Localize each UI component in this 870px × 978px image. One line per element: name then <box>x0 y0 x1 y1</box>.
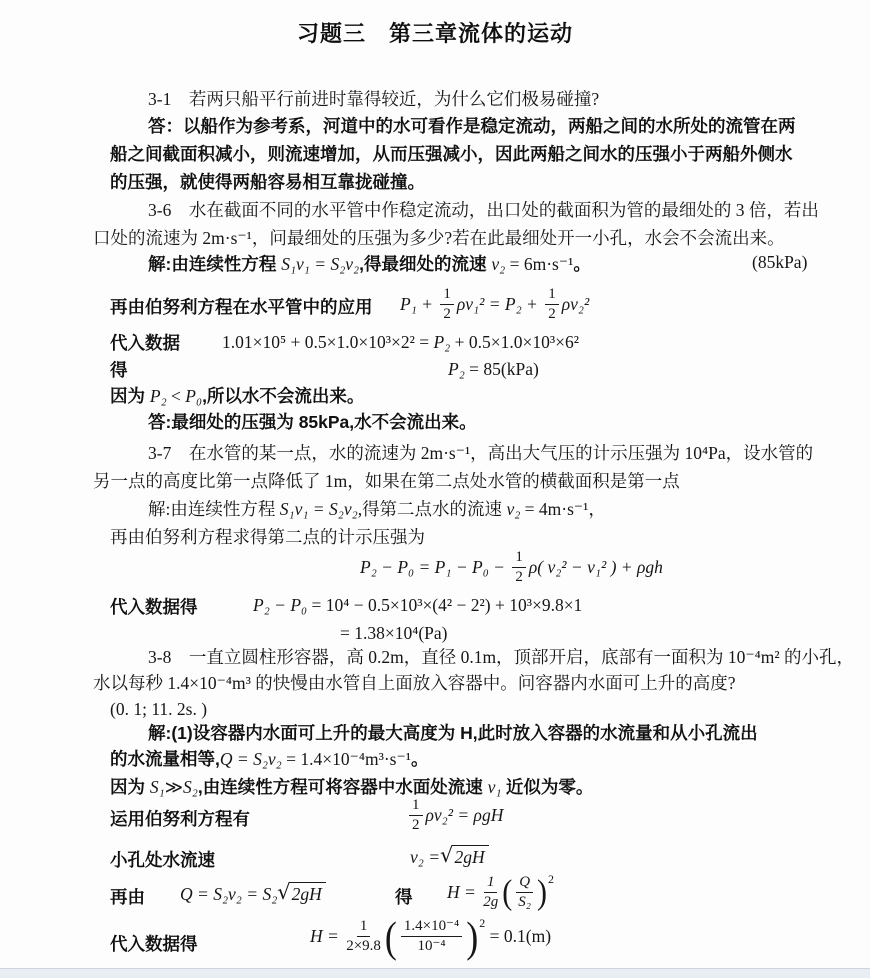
formula-text: S₁ <box>150 776 165 799</box>
bernoulli-3-6-equation: P₁ + 12ρv₁² = P₂ + 12ρv₂² <box>400 286 589 324</box>
formula-text: 。 <box>411 748 429 771</box>
formula-text: 解:由连续性方程 <box>148 498 280 521</box>
formula-text: 因为 <box>110 776 150 799</box>
formula-text: < <box>171 385 185 408</box>
fraction-denominator: 2 <box>548 305 556 323</box>
window-bottom-bar <box>0 968 870 978</box>
formula-text: P₀ <box>185 385 202 408</box>
formula-text: ρ( v₂² − v₁² ) + ρgh <box>529 556 663 579</box>
fraction-numerator: 1 <box>545 286 559 305</box>
formula-text: = 0.1(m) <box>485 925 551 948</box>
fraction: 12×9.8 <box>346 918 381 956</box>
problem-3-6-question-line2: 口处的流速为 2m·s⁻¹，问最细处的压强为多少?若在此最细处开一小孔，水会不会… <box>93 227 785 250</box>
formula-text: ) <box>466 915 478 958</box>
formula-text: ,得最细处的流速 <box>359 253 491 276</box>
scanned-solutions-page: 习题三 第三章流体的运动 3-1 若两只船平行前进时靠得较近，为什么它们极易碰撞… <box>0 0 870 978</box>
answer-3-1-line3: 的压强，就使得两船容易相互靠拢碰撞。 <box>110 171 425 194</box>
radicand: 2gH <box>452 845 488 869</box>
formula-text: S₁v₁ = S₂v₂ <box>280 498 358 521</box>
problem-3-7-question-line2: 另一点的高度比第一点降低了 1m，如果在第二点处水管的横截面积是第一点 <box>93 470 680 493</box>
fraction-denominator: 2 <box>443 305 451 323</box>
fraction-denominator: 2 <box>412 816 420 834</box>
formula-text: ( <box>385 915 397 958</box>
answer-3-6-line: 答:最细处的压强为 85kPa,水不会流出来。 <box>148 411 477 434</box>
problem-3-6-question-line1: 3-6 水在截面不同的水平管中作稳定流动，出口处的截面积为管的最细处的 3 倍，… <box>148 199 819 222</box>
formula-text: v₂ <box>491 253 509 276</box>
problem-3-8-question-line1: 3-8 一直立圆柱形容器，高 0.2m，直径 0.1m，顶部开启，底部有一面积为… <box>148 646 854 669</box>
formula-text: = 4m·s⁻¹ <box>525 498 589 521</box>
result-3-6-label: 得 <box>110 359 128 382</box>
fraction-numerator: 1 <box>357 918 371 937</box>
answer-3-1-line2: 船之间截面积减小，则流速增加，从而压强减小，因此两船之间水的压强小于两船外侧水 <box>110 143 793 166</box>
formula-text: P₁ + <box>400 293 437 316</box>
substitute-3-8-label: 代入数据得 <box>110 933 198 956</box>
equation-3-7-gauge-pressure: P₂ − P₀ = P₁ − P₀ − 12ρ( v₂² − v₁² ) + ρ… <box>360 549 663 587</box>
solution-3-8-line3: 因为 S₁≫S₂,由连续性方程可将容器中水面处流速 v₁ 近似为零。 <box>110 776 593 799</box>
fraction: QS₂ <box>516 874 533 912</box>
bernoulli-3-8-equation: 12ρv₂² = ρgH <box>406 797 503 835</box>
solution-3-8-line1: 解:(1)设容器内水面可上升的最大高度为 H,此时放入容器的水流量和从小孔流出 <box>148 722 758 745</box>
formula-text: = 10⁴ − 0.5×10³×(4² − 2²) + 10³×9.8×1 <box>311 594 582 617</box>
problem-3-1-question: 3-1 若两只船平行前进时靠得较近，为什么它们极易碰撞? <box>148 88 599 111</box>
formula-text: 。 <box>573 253 591 276</box>
problem-3-8-question-line2: 水以每秒 1.4×10⁻⁴m³ 的快慢由水管自上面放入容器中。问容器内水面可上升… <box>93 672 735 695</box>
page-title: 习题三 第三章流体的运动 <box>0 20 870 49</box>
square-root: √2gH <box>277 882 326 906</box>
margin-note-85kpa: (85kPa) <box>752 251 807 274</box>
substitute-3-6-label: 代入数据 <box>110 332 180 355</box>
fraction-denominator: 2×9.8 <box>346 937 381 955</box>
formula-text: 解:由连续性方程 <box>148 253 281 276</box>
square-root: √2gH <box>440 845 489 869</box>
fraction-numerator: 1.4×10⁻⁴ <box>401 918 462 937</box>
formula-text: 近似为零。 <box>506 776 594 799</box>
fraction-denominator: S₂ <box>518 893 531 911</box>
solution-3-6-continuity: 解:由连续性方程 S₁v₁ = S₂v₂,得最细处的流速 v₂ = 6m·s⁻¹… <box>148 253 591 276</box>
radical-sign: √ <box>277 882 290 903</box>
formula-text: ρv₂² = ρgH <box>426 804 504 827</box>
formula-text: P₂ <box>150 385 171 408</box>
formula-text: + 0.5×1.0×10³×6² <box>455 331 579 354</box>
substitute-3-6-equation: 1.01×10⁵ + 0.5×1.0×10³×2² = P₂ + 0.5×1.0… <box>222 331 579 354</box>
result-3-7-equation: = 1.38×10⁴(Pa) <box>340 622 448 645</box>
formula-text: ) <box>537 876 547 911</box>
final-3-8-equation: H = 12×9.8(1.4×10⁻⁴10⁻⁴)2 = 0.1(m) <box>310 918 551 956</box>
formula-text: H = <box>447 881 480 904</box>
result-3-6-equation: P₂ = 85(kPa) <box>448 358 539 381</box>
fraction-numerator: Q <box>516 874 533 893</box>
orifice-speed-label: 小孔处水流速 <box>110 849 215 872</box>
formula-text: = 1.38×10⁴(Pa) <box>340 622 448 645</box>
bernoulli-3-8-label: 运用伯努利方程有 <box>110 808 250 831</box>
result-3-8-label: 得 <box>395 886 413 909</box>
formula-text: P₂ <box>433 331 454 354</box>
again-3-8-label: 再由 <box>110 886 145 909</box>
solution-3-7-continuity: 解:由连续性方程 S₁v₁ = S₂v₂,得第二点水的流速 v₂ = 4m·s⁻… <box>148 498 606 521</box>
solution-3-7-bernoulli-label: 再由伯努利方程求得第二点的计示压强为 <box>110 526 425 549</box>
formula-text: 的水流量相等, <box>110 748 220 771</box>
fraction: 12g <box>483 874 498 912</box>
orifice-speed-equation: v₂ =√2gH <box>410 845 489 869</box>
conclusion-3-6-line: 因为 P₂ < P₀,所以水不会流出来。 <box>110 385 364 408</box>
substitute-3-7-equation: P₂ − P₀ = 10⁴ − 0.5×10³×(4² − 2²) + 10³×… <box>253 594 582 617</box>
formula-text: Q = S₂v₂ <box>220 748 286 771</box>
flow-rate-equation: Q = S₂v₂ = S₂√2gH <box>180 882 326 906</box>
formula-text: = 1.4×10⁻⁴m³·s⁻¹ <box>286 748 411 771</box>
fraction: 12 <box>545 286 559 324</box>
formula-text: v₁ <box>488 776 506 799</box>
formula-text: ρv₁² = P₂ + <box>457 293 542 316</box>
formula-text: S₂ <box>183 776 198 799</box>
fraction-denominator: 10⁻⁴ <box>418 937 446 955</box>
substitute-3-7-label: 代入数据得 <box>110 596 198 619</box>
formula-text: P₂ − P₀ = P₁ − P₀ − <box>360 556 509 579</box>
fraction-numerator: 1 <box>409 797 423 816</box>
formula-text: ,由连续性方程可将容器中水面处流速 <box>198 776 488 799</box>
bernoulli-3-6-label: 再由伯努利方程在水平管中的应用 <box>110 296 373 319</box>
fraction: 12 <box>409 797 423 835</box>
formula-text: ,得第二点水的流速 <box>358 498 507 521</box>
fraction-numerator: 1 <box>440 286 454 305</box>
formula-text: P₂ <box>448 358 469 381</box>
formula-text: v₂ = <box>410 846 440 869</box>
height-formula: H = 12g(QS₂)2 <box>447 874 554 912</box>
formula-text: Q = S₂v₂ = S₂ <box>180 883 277 906</box>
fraction-denominator: 2g <box>483 893 498 911</box>
formula-text: P₂ − P₀ <box>253 594 311 617</box>
formula-text: 1.01×10⁵ + 0.5×1.0×10³×2² = <box>222 331 433 354</box>
fraction: 12 <box>512 549 526 587</box>
formula-text: S₁v₁ = S₂v₂ <box>281 253 359 276</box>
fraction-numerator: 1 <box>484 874 498 893</box>
formula-text: ρv₂² <box>562 293 590 316</box>
formula-text: ≫ <box>165 776 183 799</box>
fraction-denominator: 2 <box>515 568 523 586</box>
formula-text: ( <box>502 876 512 911</box>
answer-3-1-line1: 答：以船作为参考系，河道中的水可看作是稳定流动，两船之间的水所处的流管在两 <box>148 115 796 138</box>
problem-3-8-answers-hint: (0. 1; 11. 2s. ) <box>110 698 207 721</box>
solution-3-8-line2: 的水流量相等,Q = S₂v₂ = 1.4×10⁻⁴m³·s⁻¹。 <box>110 748 428 771</box>
fraction: 12 <box>440 286 454 324</box>
formula-text: = 6m·s⁻¹ <box>510 253 574 276</box>
fraction: 1.4×10⁻⁴10⁻⁴ <box>401 918 462 956</box>
fraction-numerator: 1 <box>512 549 526 568</box>
formula-text: ， <box>588 498 606 521</box>
radical-sign: √ <box>440 845 453 866</box>
formula-text: H = <box>310 925 343 948</box>
formula-text: = 85(kPa) <box>469 358 539 381</box>
formula-text: 2 <box>548 872 554 888</box>
radicand: 2gH <box>290 882 326 906</box>
problem-3-7-question-line1: 3-7 在水管的某一点，水的流速为 2m·s⁻¹，高出大气压的计示压强为 10⁴… <box>148 442 813 465</box>
formula-text: v₂ <box>506 498 524 521</box>
formula-text: 因为 <box>110 385 150 408</box>
formula-text: ,所以水不会流出来。 <box>202 385 364 408</box>
